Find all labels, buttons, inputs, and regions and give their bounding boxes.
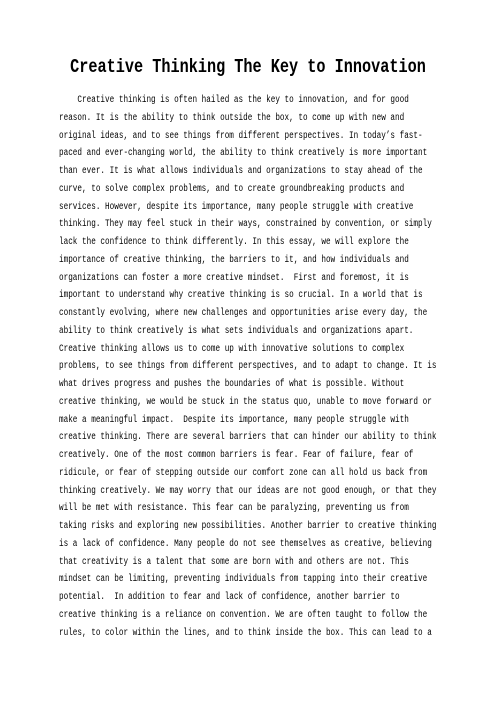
text-line: ridicule, or fear of stepping outside ou… [59, 465, 436, 483]
text-line: ability to think creatively is what sets… [59, 323, 436, 341]
text-line: creatively. One of the most common barri… [59, 447, 436, 465]
text-line: mindset can be limiting, preventing indi… [59, 571, 436, 589]
text-line: potential. In addition to fear and lack … [59, 589, 436, 607]
text-line: thinking. They may feel stuck in their w… [59, 216, 436, 234]
text-line: creative thinking is a reliance on conve… [59, 607, 436, 625]
text-line: important to understand why creative thi… [59, 287, 436, 305]
text-line: original ideas, and to see things from d… [59, 128, 436, 146]
text-line: is a lack of confidence. Many people do … [59, 536, 436, 554]
text-line: lack the confidence to think differently… [59, 234, 436, 252]
text-line: will be met with resistance. This fear c… [59, 500, 436, 518]
text-line: problems, to see things from different p… [59, 358, 436, 376]
text-line: creative thinking, we would be stuck in … [59, 394, 436, 412]
text-line: what drives progress and pushes the boun… [59, 376, 436, 394]
text-line: taking risks and exploring new possibili… [59, 518, 436, 536]
text-line: curve, to solve complex problems, and to… [59, 181, 436, 199]
document-title: Creative Thinking The Key to Innovation [50, 56, 447, 78]
text-line: paced and ever-changing world, the abili… [59, 145, 436, 163]
text-line: than ever. It is what allows individuals… [59, 163, 436, 181]
text-line: Creative thinking allows us to come up w… [59, 341, 436, 359]
text-line: constantly evolving, where new challenge… [59, 305, 436, 323]
text-line: that creativity is a talent that some ar… [59, 554, 436, 572]
text-line: make a meaningful impact. Despite its im… [59, 412, 436, 430]
text-line: creative thinking. There are several bar… [59, 429, 436, 447]
text-line: rules, to color within the lines, and to… [59, 625, 436, 643]
text-line: thinking creatively. We may worry that o… [59, 483, 436, 501]
text-line: Creative thinking is often hailed as the… [59, 92, 436, 110]
document-page: Creative Thinking The Key to Innovation … [0, 0, 496, 702]
text-line: reason. It is the ability to think outsi… [59, 110, 436, 128]
text-line: organizations can foster a more creative… [59, 270, 436, 288]
text-line: services. However, despite its importanc… [59, 199, 436, 217]
text-line: importance of creative thinking, the bar… [59, 252, 436, 270]
document-body: Creative thinking is often hailed as the… [59, 92, 436, 642]
